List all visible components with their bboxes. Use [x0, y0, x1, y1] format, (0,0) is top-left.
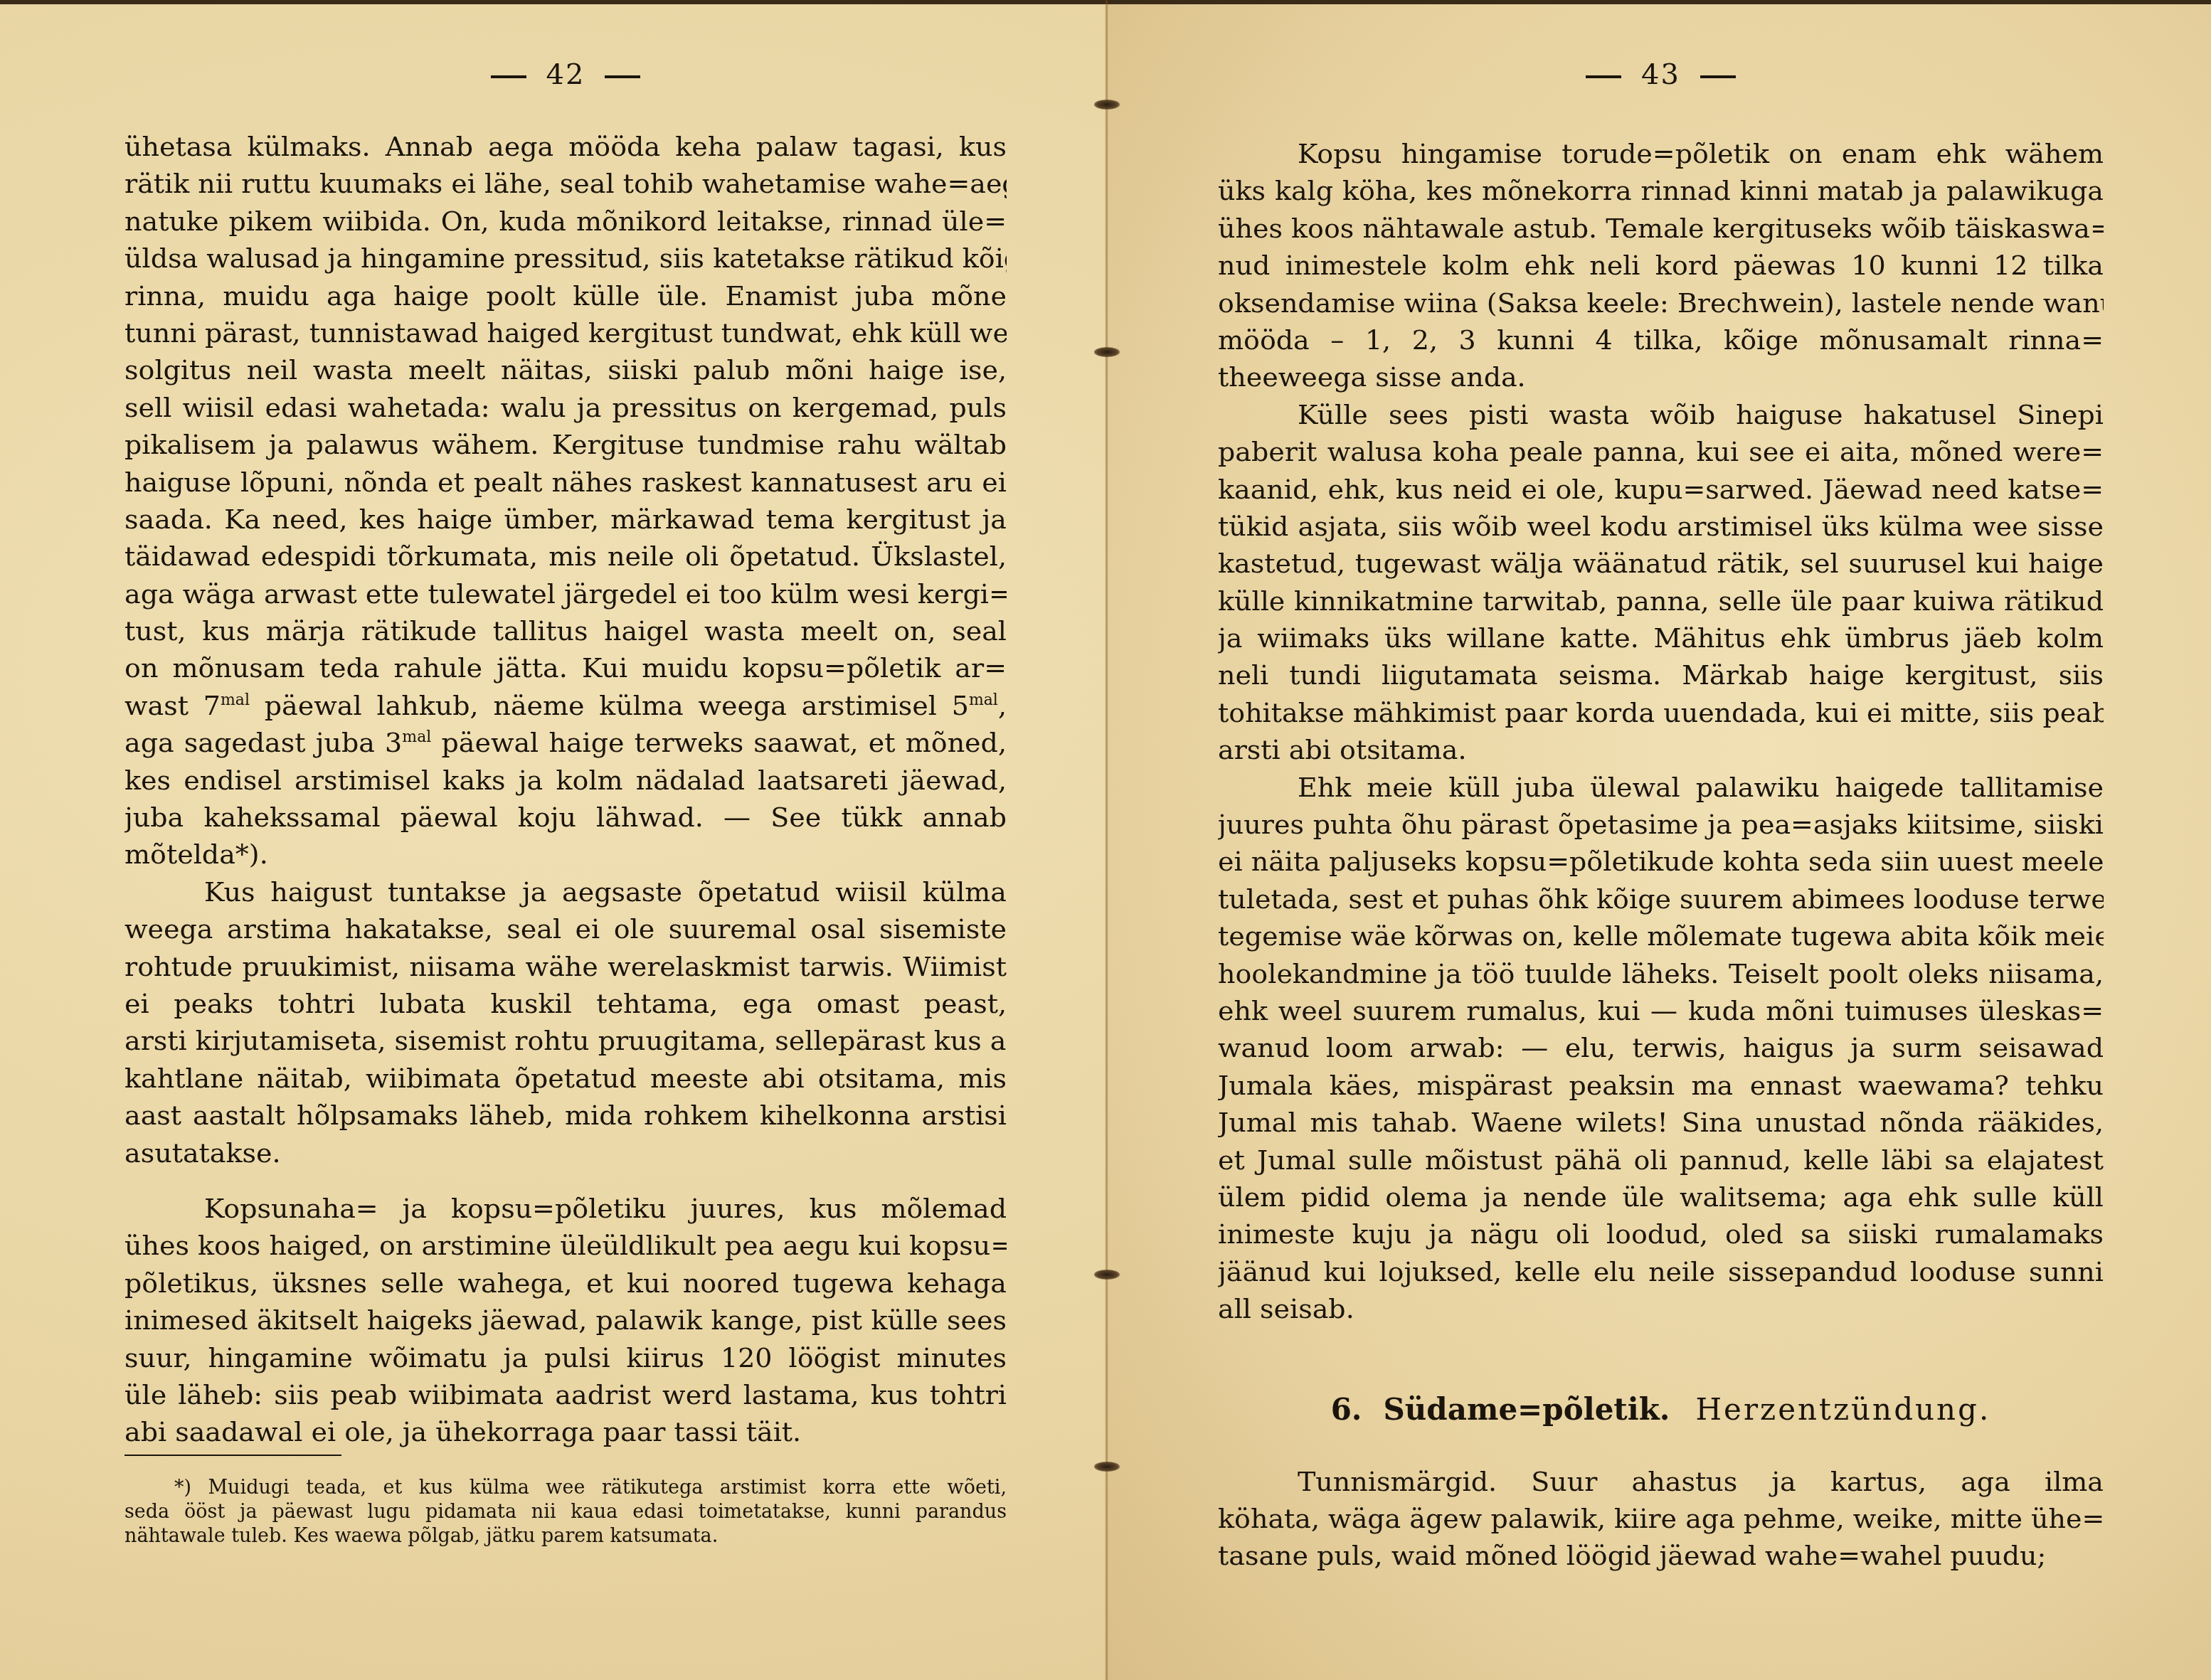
text-line: all seisab.: [1218, 1290, 2104, 1327]
text-line: tuletada, sest et puhas õhk kõige suurem…: [1218, 881, 2104, 918]
page-body: ühetasa külmaks. Annab aega mööda keha p…: [124, 128, 1007, 1451]
text-line: sell wiisil edasi wahetada: walu ja pres…: [124, 389, 1007, 426]
text-line: Jumal mis tahab. Waene wilets! Sina unus…: [1218, 1104, 2104, 1141]
text-line: theeweega sisse anda.: [1218, 358, 2104, 395]
text-line: ei peaks tohtri lubata kuskil tehtama, e…: [124, 985, 1007, 1022]
text-line: mõtelda*).: [124, 836, 1007, 873]
text-line: arsti abi otsitama.: [1218, 731, 2104, 768]
text-line: nud inimestele kolm ehk neli kord päewas…: [1218, 247, 2104, 284]
staple-hole-icon: [1094, 1270, 1120, 1280]
text-line: juba kahekssamal päewal koju lähwad. — S…: [124, 799, 1007, 836]
page-number: 42: [124, 58, 1007, 91]
text-line: tegemise wäe kõrwas on, kelle mõlemate t…: [1218, 918, 2104, 955]
footnote-rule: [124, 1455, 341, 1456]
paragraph-start-line: Kopsunaha= ja kopsu=põletiku juures, kus…: [124, 1190, 1007, 1227]
text-line: saada. Ka need, kes haige ümber, märkawa…: [124, 501, 1007, 538]
text-line: inimesed äkitselt haigeks jäewad, palawi…: [124, 1302, 1007, 1339]
text-line: rohtude pruukimist, niisama wähe werelas…: [124, 948, 1007, 985]
superscript: mal: [402, 728, 431, 746]
text-line: weega arstima hakatakse, seal ei ole suu…: [124, 910, 1007, 947]
text-line: haiguse lõpuni, nõnda et pealt nähes ras…: [124, 464, 1007, 501]
text-line: köhata, wäga ägew palawik, kiire aga peh…: [1218, 1500, 2104, 1537]
paragraph-start-line: Kus haigust tuntakse ja aegsaste õpetatu…: [124, 873, 1007, 910]
text-line: ei näita paljuseks kopsu=põletikude koht…: [1218, 843, 2104, 880]
footnote: *) Muidugi teada, et kus külma wee rätik…: [124, 1476, 1007, 1548]
text-fragment: päewal haige terweks saawat, et mõned,: [431, 727, 1007, 758]
dash-decoration: [605, 75, 640, 78]
paragraph-gap: [124, 1171, 1007, 1190]
text-line: kastetud, tugewast wälja wäänatud rätik,…: [1218, 545, 2104, 582]
text-line: aga wäga arwast ette tulewatel järgedel …: [124, 575, 1007, 612]
text-line: külle kinnikatmine tarwitab, panna, sell…: [1218, 583, 2104, 620]
text-line: üle läheb: siis peab wiibimata aadrist w…: [124, 1376, 1007, 1413]
staple-hole-icon: [1094, 1462, 1120, 1472]
text-line: natuke pikem wiibida. On, kuda mõnikord …: [124, 203, 1007, 240]
text-line: neli tundi liigutamata seisma. Märkab ha…: [1218, 656, 2104, 693]
text-fragment: aga sagedast juba 3: [124, 727, 402, 758]
book-spread: 42 ühetasa külmaks. Annab aega mööda keh…: [0, 0, 2211, 1680]
text-line: asutatakse.: [124, 1134, 1007, 1171]
text-line: rinna, muidu aga haige poolt külle üle. …: [124, 277, 1007, 314]
superscript: mal: [221, 691, 250, 709]
text-line: jäänud kui lojuksed, kelle elu neile sis…: [1218, 1253, 2104, 1290]
dash-decoration: [491, 75, 526, 78]
text-line: arsti kirjutamiseta, sisemist rohtu pruu…: [124, 1022, 1007, 1059]
text-line: solgitus neil wasta meelt näitas, siiski…: [124, 351, 1007, 388]
section-number: 6.: [1331, 1392, 1362, 1427]
footnote-line: nähtawale tuleb. Kes waewa põlgab, jätku…: [124, 1524, 1007, 1548]
page-number-text: 43: [1641, 58, 1680, 91]
text-line: abi saadawal ei ole, ja ühekorraga paar …: [124, 1413, 1007, 1450]
paragraph-start-line: Ehk meie küll juba ülewal palawiku haige…: [1218, 769, 2104, 806]
text-line: üks kalg köha, kes mõnekorra rinnad kinn…: [1218, 172, 2104, 209]
paragraph-start-line: Tunnismärgid. Suur ahastus ja kartus, ag…: [1218, 1463, 2104, 1500]
text-line: on mõnusam teda rahule jätta. Kui muidu …: [124, 649, 1007, 686]
left-page: 42 ühetasa külmaks. Annab aega mööda keh…: [124, 0, 1007, 1680]
text-line: hoolekandmine ja töö tuulde läheks. Teis…: [1218, 955, 2104, 992]
text-line: wanud loom arwab: — elu, terwis, haigus …: [1218, 1029, 2104, 1066]
text-line: Jumala käes, mispärast peaksin ma ennast…: [1218, 1067, 2104, 1104]
text-line: tohitakse mähkimist paar korda uuendada,…: [1218, 694, 2104, 731]
text-line: kaanid, ehk, kus neid ei ole, kupu=sarwe…: [1218, 471, 2104, 508]
text-line: pikalisem ja palawus wähem. Kergituse tu…: [124, 426, 1007, 463]
section-title: Südame=põletik.: [1384, 1392, 1670, 1427]
text-line: kes endisel arstimisel kaks ja kolm näda…: [124, 762, 1007, 799]
page-number-text: 42: [546, 58, 585, 91]
text-line: ülem pidid olema ja nende üle walitsema;…: [1218, 1179, 2104, 1216]
text-line: ehk weel suurem rumalus, kui — kuda mõni…: [1218, 992, 2104, 1029]
dash-decoration: [1586, 75, 1621, 78]
text-line: aast aastalt hõlpsamaks läheb, mida rohk…: [124, 1097, 1007, 1134]
text-line: ühes koos nähtawale astub. Temale kergit…: [1218, 210, 2104, 247]
section-heading: 6.Südame=põletik.Herzentzündung.: [1218, 1385, 2104, 1435]
book-gutter: [1105, 0, 1108, 1680]
text-line: tunni pärast, tunnistawad haiged kergitu…: [124, 314, 1007, 351]
text-line: tust, kus märja rätikude tallitus haigel…: [124, 612, 1007, 649]
dash-decoration: [1700, 75, 1736, 78]
text-line: et Jumal sulle mõistust pähä oli pannud,…: [1218, 1142, 2104, 1179]
text-fragment: wast 7: [124, 690, 221, 721]
text-line: oksendamise wiina (Saksa keele: Brechwei…: [1218, 285, 2104, 321]
text-line: inimeste kuju ja nägu oli loodud, oled s…: [1218, 1216, 2104, 1253]
footnote-line: *) Muidugi teada, et kus külma wee rätik…: [124, 1476, 1007, 1500]
footnote-line: seda ööst ja päewast lugu pidamata nii k…: [124, 1500, 1007, 1524]
section-german-title: Herzentzündung.: [1695, 1392, 1990, 1427]
page-number: 43: [1218, 58, 2104, 91]
text-line: põletikus, üksnes selle wahega, et kui n…: [124, 1265, 1007, 1302]
text-line: tasane puls, waid mõned löögid jäewad wa…: [1218, 1537, 2104, 1574]
staple-hole-icon: [1094, 100, 1120, 110]
text-line: täidawad edespidi tõrkumata, mis neile o…: [124, 538, 1007, 575]
text-line: mööda – 1, 2, 3 kunni 4 tilka, kõige mõn…: [1218, 321, 2104, 358]
text-line: kahtlane näitab, wiibimata õpetatud mees…: [124, 1060, 1007, 1097]
right-page: 43 Kopsu hingamise torude=põletik on ena…: [1218, 0, 2104, 1680]
text-line-with-superscript: aga sagedast juba 3mal päewal haige terw…: [124, 724, 1007, 761]
text-line: ja wiimaks üks willane katte. Mähitus eh…: [1218, 620, 2104, 656]
paragraph-start-line: Kopsu hingamise torude=põletik on enam e…: [1218, 135, 2104, 172]
text-line: üldsa walusad ja hingamine pressitud, si…: [124, 240, 1007, 277]
staple-hole-icon: [1094, 347, 1120, 357]
text-line: tükid asjata, siis wõib weel kodu arstim…: [1218, 508, 2104, 545]
superscript: mal: [969, 691, 998, 709]
text-fragment: päewal lahkub, näeme külma weega arstimi…: [250, 690, 969, 721]
section-gap: [1218, 1328, 2104, 1385]
text-line: rätik nii ruttu kuumaks ei lähe, seal to…: [124, 165, 1007, 202]
text-line: suur, hingamine wõimatu ja pulsi kiirus …: [124, 1339, 1007, 1376]
text-line-with-superscript: wast 7mal päewal lahkub, näeme külma wee…: [124, 687, 1007, 724]
text-line: ühes koos haiged, on arstimine üleüldlik…: [124, 1227, 1007, 1264]
page-body: Kopsu hingamise torude=põletik on enam e…: [1218, 135, 2104, 1575]
text-line: juures puhta õhu pärast õpetasime ja pea…: [1218, 806, 2104, 843]
text-fragment: ,: [998, 690, 1007, 721]
text-line: paberit walusa koha peale panna, kui see…: [1218, 433, 2104, 470]
paragraph-start-line: Külle sees pisti wasta wõib haiguse haka…: [1218, 396, 2104, 433]
text-line: ühetasa külmaks. Annab aega mööda keha p…: [124, 128, 1007, 165]
section-gap: [1218, 1435, 2104, 1463]
